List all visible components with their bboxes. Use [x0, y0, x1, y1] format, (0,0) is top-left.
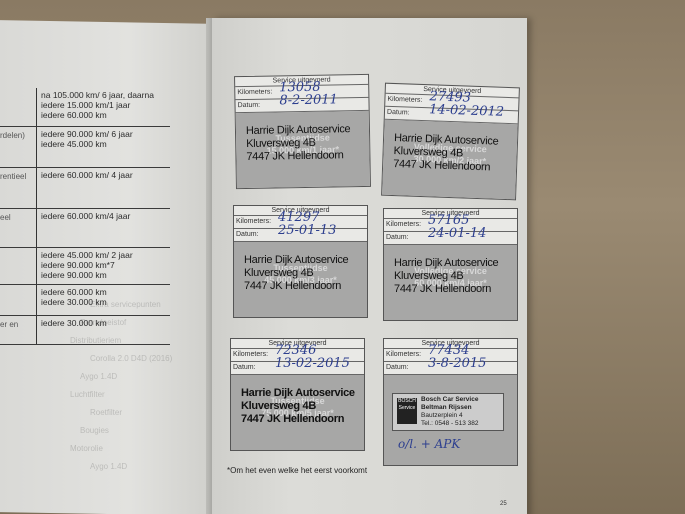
row-interval: na 105.000 km/ 6 jaar, daarnaiedere 15.0… — [36, 88, 170, 126]
service-record: Service uitgevoerd Kilometers:13058 Datu… — [234, 74, 371, 189]
table-row: na 105.000 km/ 6 jaar, daarnaiedere 15.0… — [0, 88, 170, 127]
interval-text: iedere 45.000 km/ 2 jaar — [41, 250, 170, 260]
dealer-stamp: Harrie Dijk AutoserviceKluversweg 4B7447… — [244, 254, 348, 293]
table-row: rentieeliedere 60.000 km/ 4 jaar — [0, 168, 170, 209]
interval-text: iedere 90.000 km/ 6 jaar — [41, 129, 170, 139]
faded-text: Aygo 1.4D — [80, 372, 117, 381]
service-record: Service uitgevoerd Kilometers:27493 Datu… — [381, 83, 520, 201]
faded-text: Distributieriem — [70, 336, 121, 345]
dealer-stamp: Harrie Dijk AutoserviceKluversweg 4B7447… — [393, 132, 499, 175]
date-field: Datum:13-02-2015 — [231, 362, 364, 375]
faded-text: Motorolie — [70, 444, 103, 453]
service-record: Service uitgevoerd Kilometers:57165 Datu… — [383, 208, 518, 321]
date-field: Datum:24-01-14 — [384, 232, 517, 245]
row-interval: iedere 60.000 km/4 jaar — [36, 209, 170, 247]
table-row: iedere 45.000 km/ 2 jaariedere 90.000 km… — [0, 248, 170, 285]
handwritten-note: o/l. + APK — [398, 437, 460, 451]
date-field: Datum:3-8-2015 — [384, 362, 517, 375]
service-record: Service uitgevoerd Kilometers:72346 Datu… — [230, 338, 365, 451]
table-row: eeliedere 60.000 km/4 jaar — [0, 209, 170, 248]
kilometers-label: Kilometers: — [386, 351, 421, 358]
interval-text: iedere 60.000 km/4 jaar — [41, 211, 170, 221]
faded-text: Corolla 2.0 D4D (2016) — [90, 354, 172, 363]
faded-text: Roetfilter — [90, 408, 122, 417]
date-value: 3-8-2015 — [428, 358, 486, 370]
footnote: *Om het even welke het eerst voorkomt — [227, 466, 367, 475]
date-label: Datum: — [237, 102, 260, 109]
faded-text: Bougies — [80, 426, 109, 435]
row-label: rentieel — [0, 172, 30, 181]
date-label: Datum: — [386, 234, 409, 241]
interval-text: iedere 90.000 km — [41, 270, 170, 280]
service-record: Service uitgevoerd Kilometers:77434 Datu… — [383, 338, 518, 466]
interval-text: iedere 45.000 km — [41, 139, 170, 149]
dealer-stamp: Harrie Dijk AutoserviceKluversweg 4B7447… — [241, 387, 355, 426]
interval-text: iedere 90.000 km*7 — [41, 260, 170, 270]
row-label: rdelen) — [0, 131, 30, 140]
faded-text: Remvloeistof — [80, 318, 126, 327]
stamp-area: Tussentijdse45.000 km/3 jaar*Harrie Dijk… — [234, 242, 367, 317]
kilometers-label: Kilometers: — [233, 351, 268, 358]
dealer-stamp: Harrie Dijk AutoserviceKluversweg 4B7447… — [246, 123, 351, 164]
date-value: 13-02-2015 — [275, 358, 350, 370]
faded-text: Extra servicepunten — [90, 300, 161, 309]
date-value: 14-02-2012 — [429, 104, 504, 119]
row-label: eel — [0, 213, 30, 222]
date-label: Datum: — [386, 364, 409, 371]
kilometers-label: Kilometers: — [387, 96, 422, 104]
kilometers-label: Kilometers: — [386, 221, 421, 228]
date-label: Datum: — [233, 364, 256, 371]
stamp-area: Volledige service60.000 km/4 jaar*Harrie… — [384, 245, 517, 320]
interval-text: iedere 60.000 km/ 4 jaar — [41, 170, 170, 180]
service-record: Service uitgevoerd Kilometers:41297 Datu… — [233, 205, 368, 318]
date-label: Datum: — [387, 109, 410, 117]
date-value: 24-01-14 — [428, 228, 486, 240]
stamp-area: BOSCH Service Bosch Car ServiceBeltman R… — [384, 375, 517, 465]
faded-text: Aygo 1.4D — [90, 462, 127, 471]
row-label: er en — [0, 320, 30, 329]
faded-text: Luchtfilter — [70, 390, 105, 399]
bosch-logo-icon: BOSCH Service — [397, 398, 417, 424]
stamp-area: Volledige service30.000 km/2 jaar*Harrie… — [382, 120, 518, 200]
date-value: 8-2-2011 — [279, 94, 338, 107]
table-row: rdelen)iedere 90.000 km/ 6 jaariedere 45… — [0, 127, 170, 168]
date-value: 25-01-13 — [278, 225, 336, 237]
row-interval: iedere 60.000 km/ 4 jaar — [36, 168, 170, 208]
bosch-stamp: BOSCH Service Bosch Car ServiceBeltman R… — [392, 393, 504, 431]
interval-text: iedere 60.000 km — [41, 287, 170, 297]
date-label: Datum: — [236, 231, 259, 238]
row-interval: iedere 45.000 km/ 2 jaariedere 90.000 km… — [36, 248, 170, 284]
date-field: Datum:25-01-13 — [234, 229, 367, 242]
stamp-area: Tussentijdse15.000 km/1 jaar*Harrie Dijk… — [236, 111, 370, 188]
kilometers-label: Kilometers: — [236, 218, 271, 225]
interval-text: na 105.000 km/ 6 jaar, daarna — [41, 90, 170, 100]
stamp-area: Tussentijdse75.000 km/5 jaar*Harrie Dijk… — [231, 375, 364, 450]
interval-text: iedere 60.000 km — [41, 110, 170, 120]
interval-text: iedere 15.000 km/1 jaar — [41, 100, 170, 110]
dealer-stamp: Harrie Dijk AutoserviceKluversweg 4B7447… — [394, 257, 498, 296]
row-interval: iedere 90.000 km/ 6 jaariedere 45.000 km — [36, 127, 170, 167]
kilometers-label: Kilometers: — [237, 89, 272, 97]
page-number: 25 — [500, 501, 507, 507]
